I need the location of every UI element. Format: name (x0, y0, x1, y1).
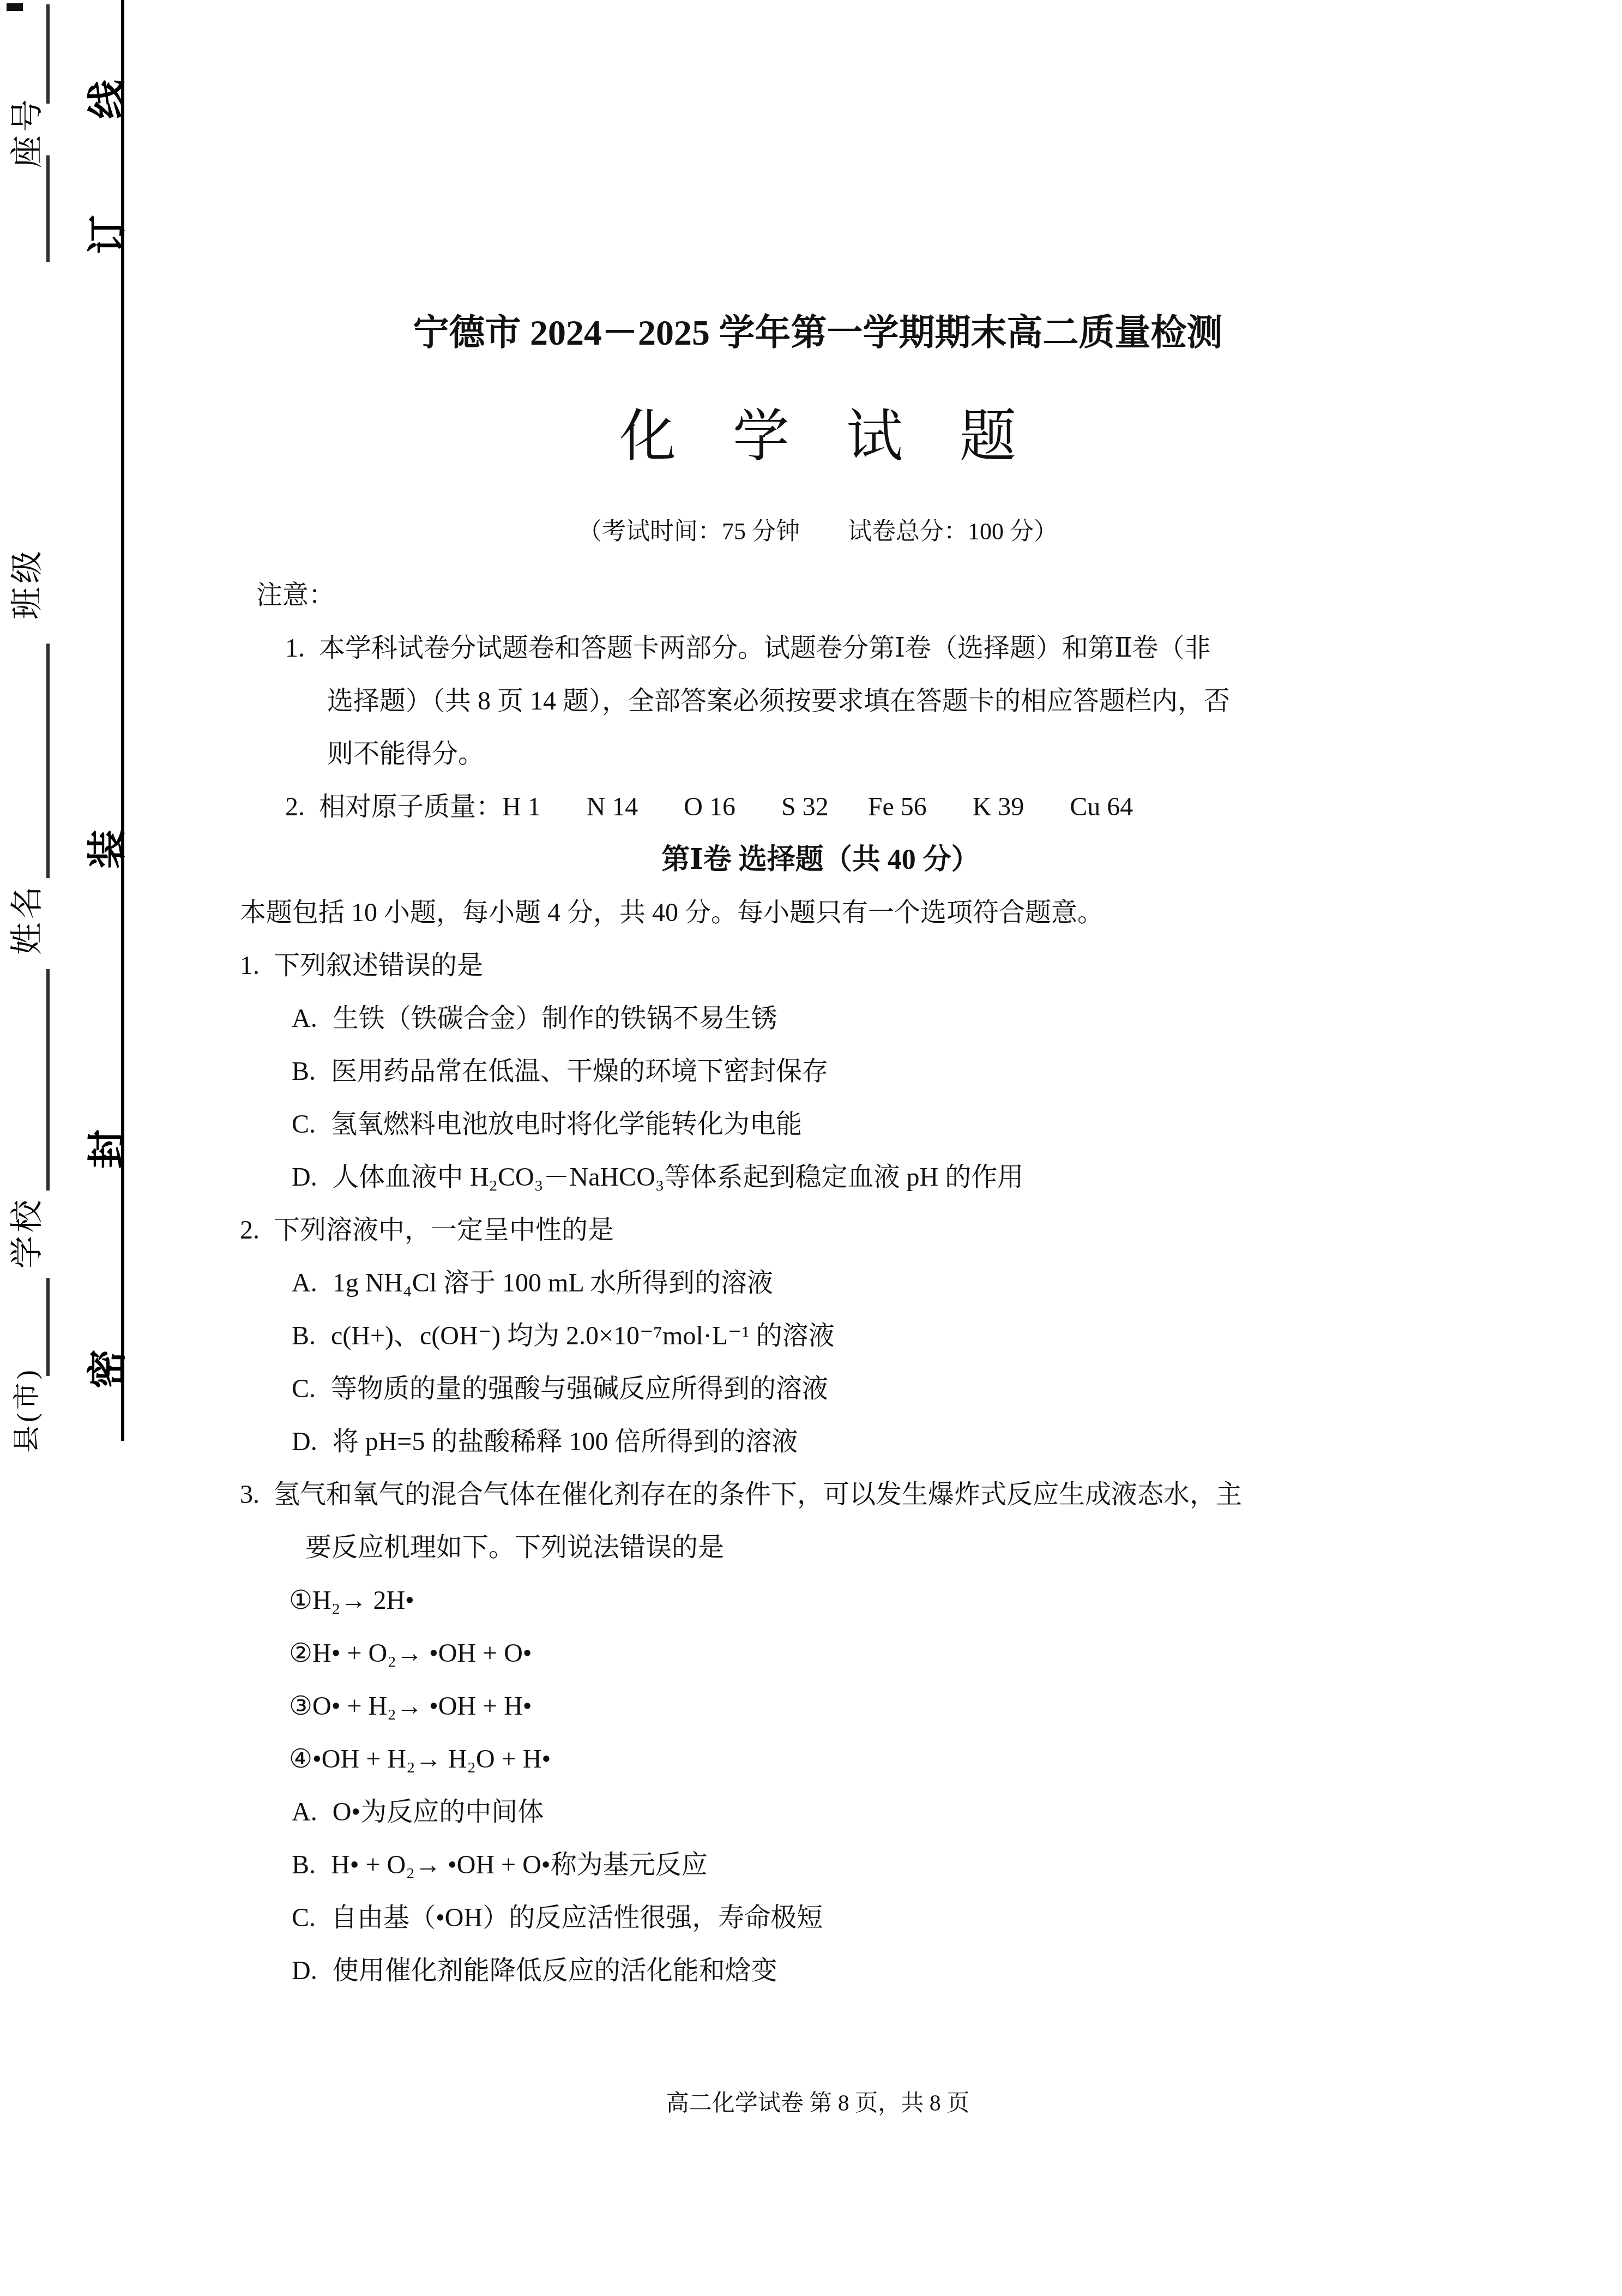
q2-number: 2. (240, 1216, 260, 1245)
option-text: 自由基（•OH）的反应活性很强，寿命极短 (331, 1903, 823, 1932)
notice-item1-line3: 则不能得分。 (240, 728, 1401, 780)
q1-option-d: D.人体血液中 H₂CO₃－NaHCO₃等体系起到稳定血液 pH 的作用 (240, 1151, 1401, 1204)
option-text: 医用药品常在低温、干燥的环境下密封保存 (331, 1057, 828, 1086)
notice-item2: 2.相对原子质量：H 1 N 14 O 16 S 32 Fe 56 K 39 C… (240, 780, 1401, 833)
option-text: H• + O₂→ •OH + O•称为基元反应 (331, 1850, 708, 1879)
exam-meta: （考试时间：75 分钟 试卷总分：100 分） (240, 512, 1396, 546)
atomic-mass-list: 相对原子质量：H 1 N 14 O 16 S 32 Fe 56 K 39 Cu … (319, 792, 1133, 821)
option-text: 生铁（铁碳合金）制作的铁锅不易生锈 (333, 1004, 777, 1033)
q3-option-a: A.O•为反应的中间体 (240, 1786, 1401, 1838)
q3-number: 3. (240, 1480, 260, 1509)
option-label: C. (292, 1903, 316, 1932)
option-text: 等物质的量的强酸与强碱反应所得到的溶液 (331, 1374, 828, 1403)
q3-mechanism-step4: ④•OH + H₂→ H₂O + H• (240, 1733, 1401, 1786)
seal-field-seat: 座号 (1, 96, 48, 168)
subject-title: 化 学 试 题 (240, 390, 1396, 472)
option-text: 将 pH=5 的盐酸稀释 100 倍所得到的溶液 (333, 1427, 798, 1456)
seal-char-feng: 封 (75, 1129, 132, 1169)
q2-stem-text: 下列溶液中，一定呈中性的是 (274, 1216, 614, 1245)
option-label: A. (292, 1004, 317, 1033)
q1-option-c: C.氢氧燃料电池放电时将化学能转化为电能 (240, 1098, 1401, 1151)
q3-stem-line1: 3.氢气和氧气的混合气体在催化剂存在的条件下，可以发生爆炸式反应生成液态水，主 (240, 1468, 1401, 1521)
q1-number: 1. (240, 951, 260, 980)
q1-stem: 1.下列叙述错误的是 (240, 939, 1401, 992)
q3-option-c: C.自由基（•OH）的反应活性很强，寿命极短 (240, 1891, 1401, 1944)
seal-blank-county (46, 1278, 50, 1376)
notice-item1-line1: 1.本学科试卷分试题卷和答题卡两部分。试题卷分第Ⅰ卷（选择题）和第Ⅱ卷（非 (240, 622, 1401, 675)
notice-item1-text3: 则不能得分。 (327, 740, 484, 768)
page-title: 宁德市 2024－2025 学年第一学期期末高二质量检测 (240, 303, 1396, 355)
seal-blank-school (46, 969, 50, 1191)
option-text: 使用催化剂能降低反应的活化能和焓变 (333, 1956, 777, 1985)
q3-stem-text2: 要反应机理如下。下列说法错误的是 (305, 1533, 724, 1562)
seal-field-school: 学校 (1, 1197, 48, 1269)
q3-mechanism-step3: ③O• + H₂→ •OH + H• (240, 1680, 1401, 1733)
option-text: 氢氧燃料电池放电时将化学能转化为电能 (331, 1110, 802, 1139)
option-label: D. (292, 1163, 317, 1192)
option-label: A. (292, 1269, 317, 1297)
seal-blank-class (46, 155, 50, 262)
notice-item1-number: 1. (285, 634, 305, 663)
seal-blank-seat (46, 4, 50, 104)
q2-option-d: D.将 pH=5 的盐酸稀释 100 倍所得到的溶液 (240, 1415, 1401, 1468)
option-label: B. (292, 1321, 316, 1350)
notice-item1-text1: 本学科试卷分试题卷和答题卡两部分。试题卷分第Ⅰ卷（选择题）和第Ⅱ卷（非 (319, 634, 1211, 663)
q3-mechanism-step2: ②H• + O₂→ •OH + O• (240, 1627, 1401, 1680)
option-label: B. (292, 1057, 316, 1086)
option-text: O•为反应的中间体 (333, 1798, 544, 1826)
seal-field-class: 班级 (1, 548, 48, 620)
seal-blank-name (46, 644, 50, 878)
q1-option-a: A.生铁（铁碳合金）制作的铁锅不易生锈 (240, 992, 1401, 1045)
section1-intro: 本题包括 10 小题，每小题 4 分，共 40 分。每小题只有一个选项符合题意。 (240, 886, 1401, 939)
seal-char-zhuang: 装 (75, 830, 132, 869)
notice-item1-line2: 选择题）（共 8 页 14 题），全部答案必须按要求填在答题卡的相应答题栏内，否 (240, 675, 1401, 728)
option-text: c(H+)、c(OH⁻) 均为 2.0×10⁻⁷mol·L⁻¹ 的溶液 (331, 1321, 835, 1350)
option-label: C. (292, 1110, 316, 1139)
option-text: 1g NH₄Cl 溶于 100 mL 水所得到的溶液 (333, 1269, 773, 1297)
section1-heading: 第Ⅰ卷 选择题（共 40 分） (240, 833, 1401, 886)
q1-option-b: B.医用药品常在低温、干燥的环境下密封保存 (240, 1045, 1401, 1098)
q3-option-d: D.使用催化剂能降低反应的活化能和焓变 (240, 1944, 1401, 1997)
q3-stem-text1: 氢气和氧气的混合气体在催化剂存在的条件下，可以发生爆炸式反应生成液态水，主 (274, 1480, 1242, 1509)
seal-char-xian: 线 (75, 80, 132, 119)
option-text: 人体血液中 H₂CO₃－NaHCO₃等体系起到稳定血液 pH 的作用 (333, 1163, 1024, 1192)
seal-field-county: 县(市) (5, 1367, 44, 1452)
option-label: C. (292, 1374, 316, 1403)
notice-item2-number: 2. (285, 792, 305, 821)
q2-option-b: B.c(H+)、c(OH⁻) 均为 2.0×10⁻⁷mol·L⁻¹ 的溶液 (240, 1309, 1401, 1362)
q2-option-c: C.等物质的量的强酸与强碱反应所得到的溶液 (240, 1362, 1401, 1415)
seal-char-ding: 订 (75, 215, 132, 254)
content-area: 注意： 1.本学科试卷分试题卷和答题卡两部分。试题卷分第Ⅰ卷（选择题）和第Ⅱ卷（… (240, 569, 1401, 1997)
q2-stem: 2.下列溶液中，一定呈中性的是 (240, 1204, 1401, 1257)
scan-artifact-mark (7, 3, 23, 11)
page-footer: 高二化学试卷 第 8 页，共 8 页 (240, 2079, 1396, 2128)
q1-stem-text: 下列叙述错误的是 (274, 951, 483, 980)
option-label: D. (292, 1956, 317, 1985)
exam-page: { "header": { "title": "宁德市 2024－2025 学年… (0, 0, 1622, 2296)
q3-mechanism-step1: ①H₂→ 2H• (240, 1574, 1401, 1627)
seal-field-name: 姓名 (1, 883, 48, 955)
q3-stem-line2: 要反应机理如下。下列说法错误的是 (240, 1521, 1401, 1574)
notice-item1-text2: 选择题）（共 8 页 14 题），全部答案必须按要求填在答题卡的相应答题栏内，否 (327, 687, 1230, 716)
option-label: B. (292, 1850, 316, 1879)
option-label: D. (292, 1427, 317, 1456)
seal-char-mi: 密 (75, 1349, 132, 1389)
notice-label: 注意： (240, 569, 1401, 622)
q2-option-a: A.1g NH₄Cl 溶于 100 mL 水所得到的溶液 (240, 1257, 1401, 1309)
option-label: A. (292, 1798, 317, 1826)
q3-option-b: B.H• + O₂→ •OH + O•称为基元反应 (240, 1838, 1401, 1891)
